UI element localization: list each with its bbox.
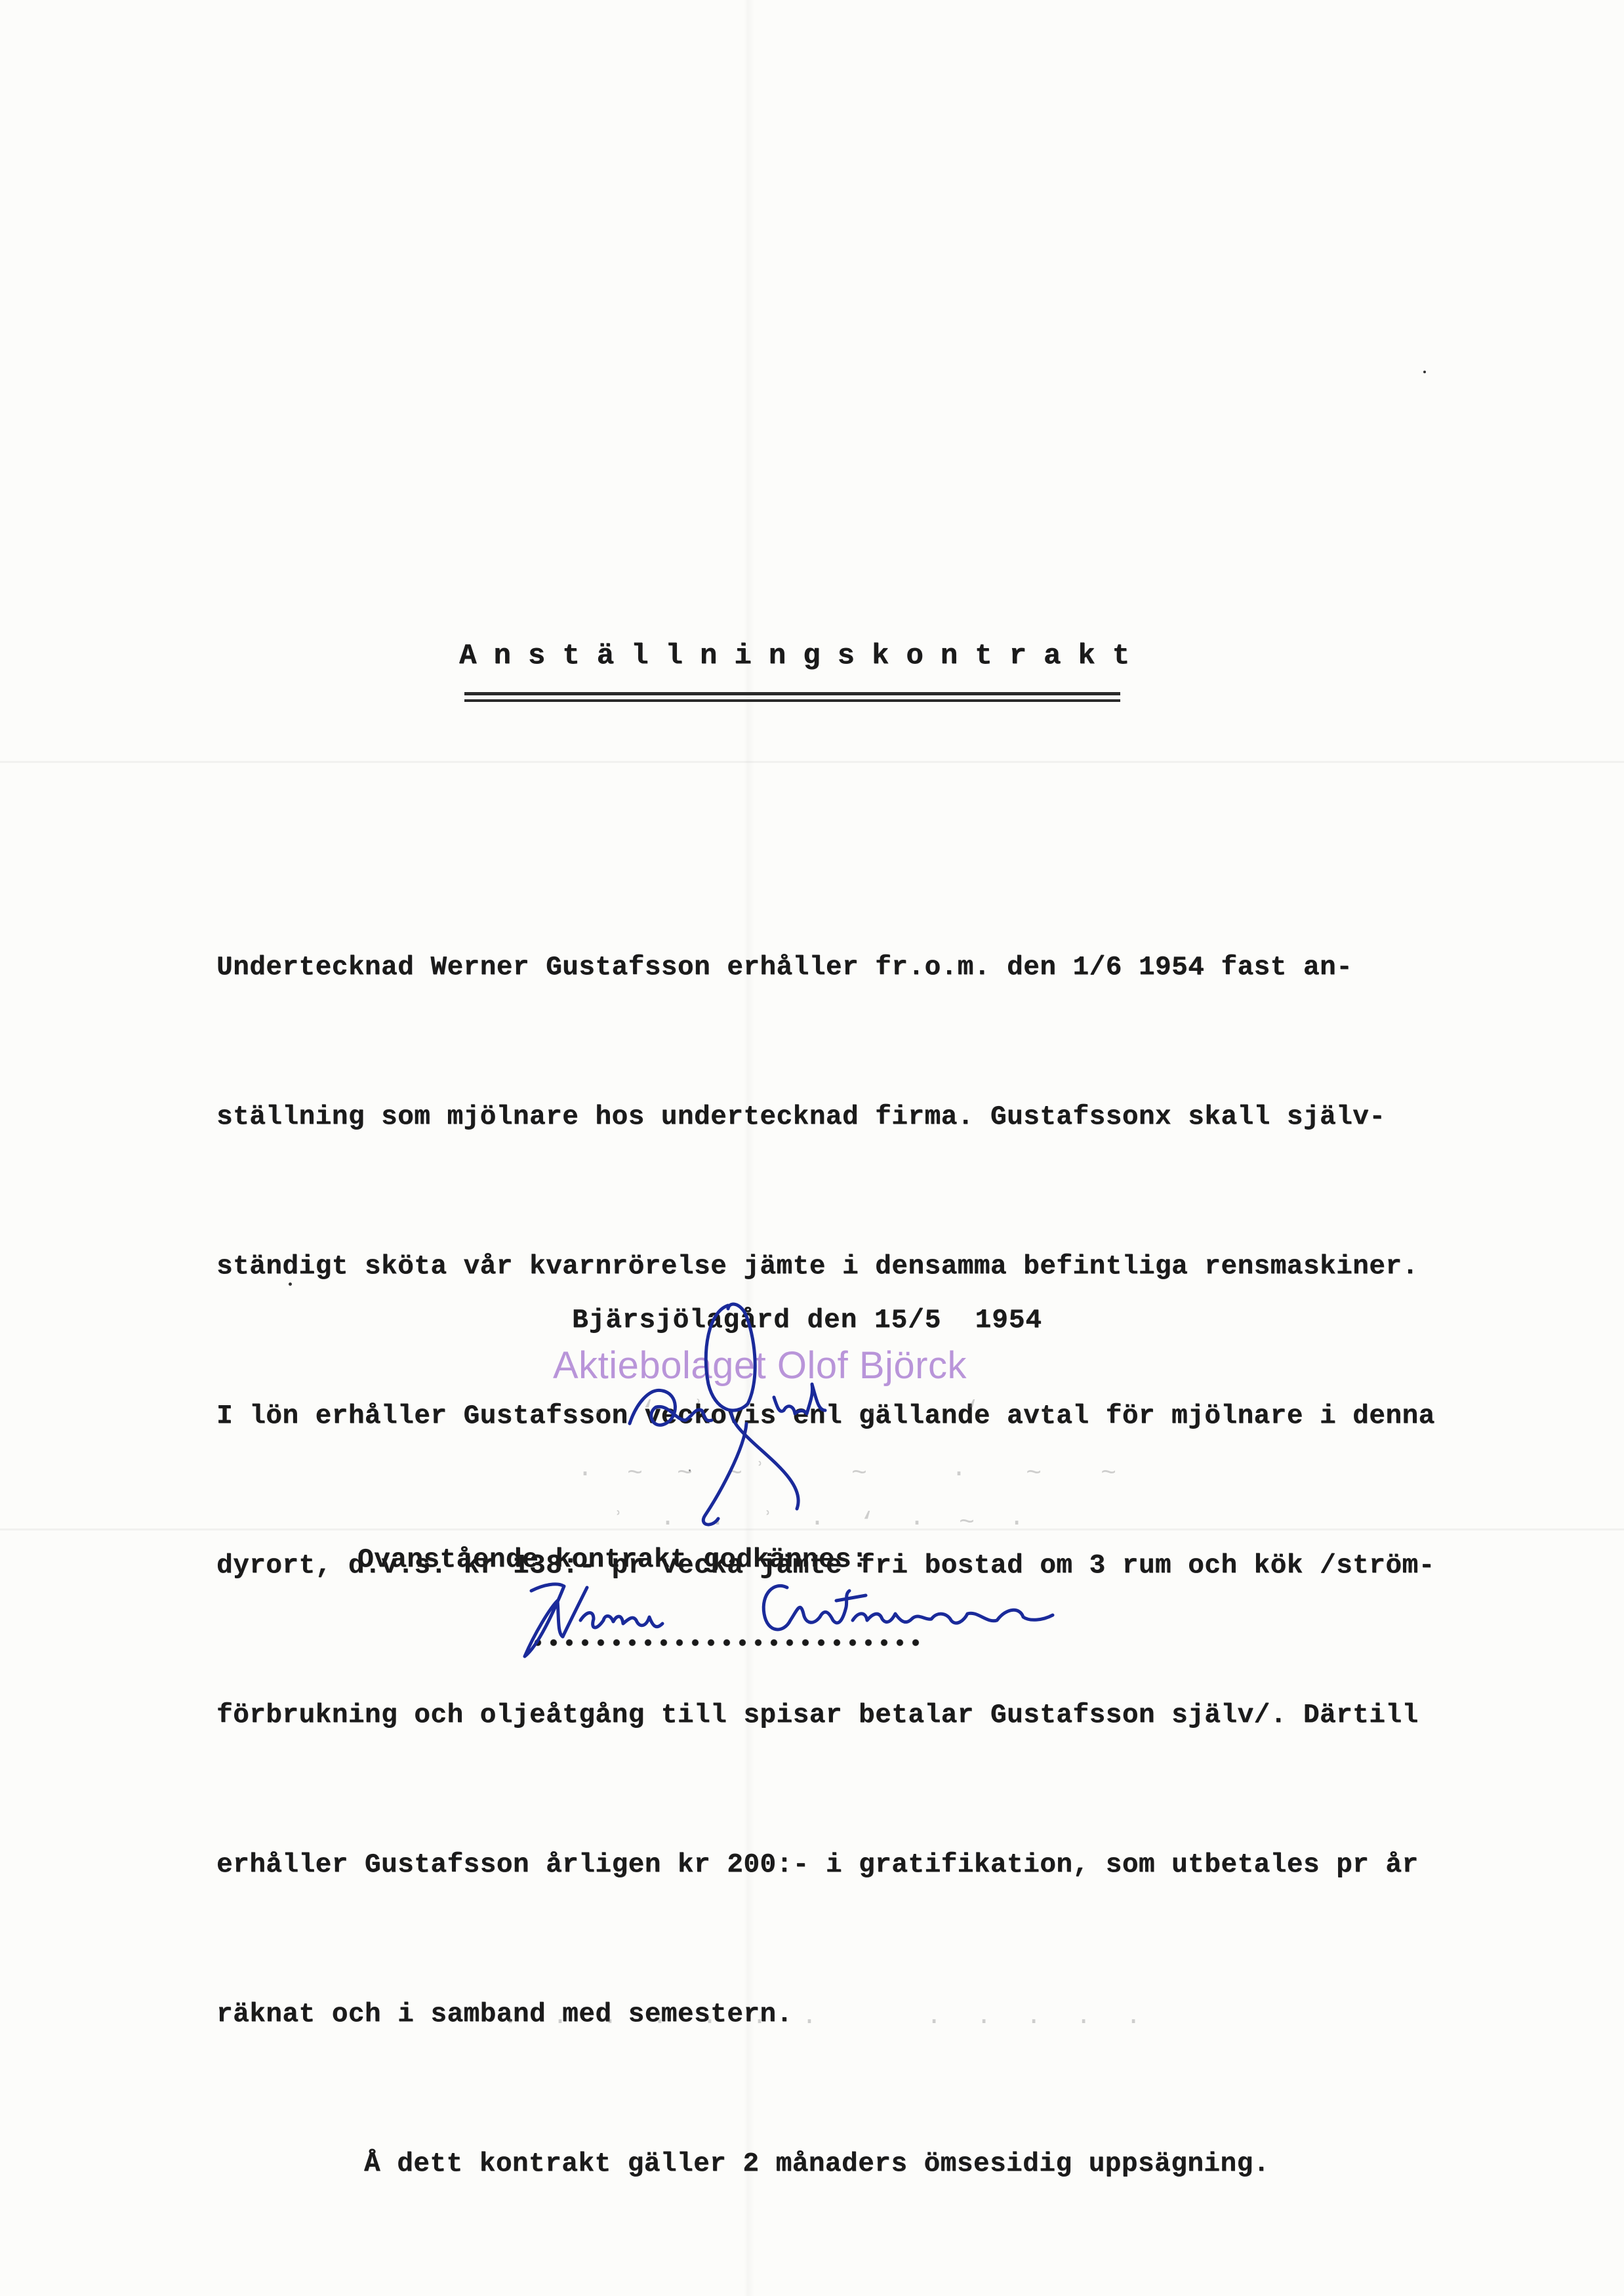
company-signature-loop [706,1304,755,1410]
company-signature-text [774,1384,825,1414]
company-signature-stem [731,1410,798,1509]
company-signature-stem [703,1424,746,1525]
employee-signature-erner [580,1612,662,1628]
employee-signature-w [525,1584,587,1656]
employee-signature-ustavsson [820,1591,1053,1623]
handwritten-signatures [0,0,1624,2296]
employee-signature-g [763,1586,820,1630]
company-signature-text [630,1390,712,1425]
